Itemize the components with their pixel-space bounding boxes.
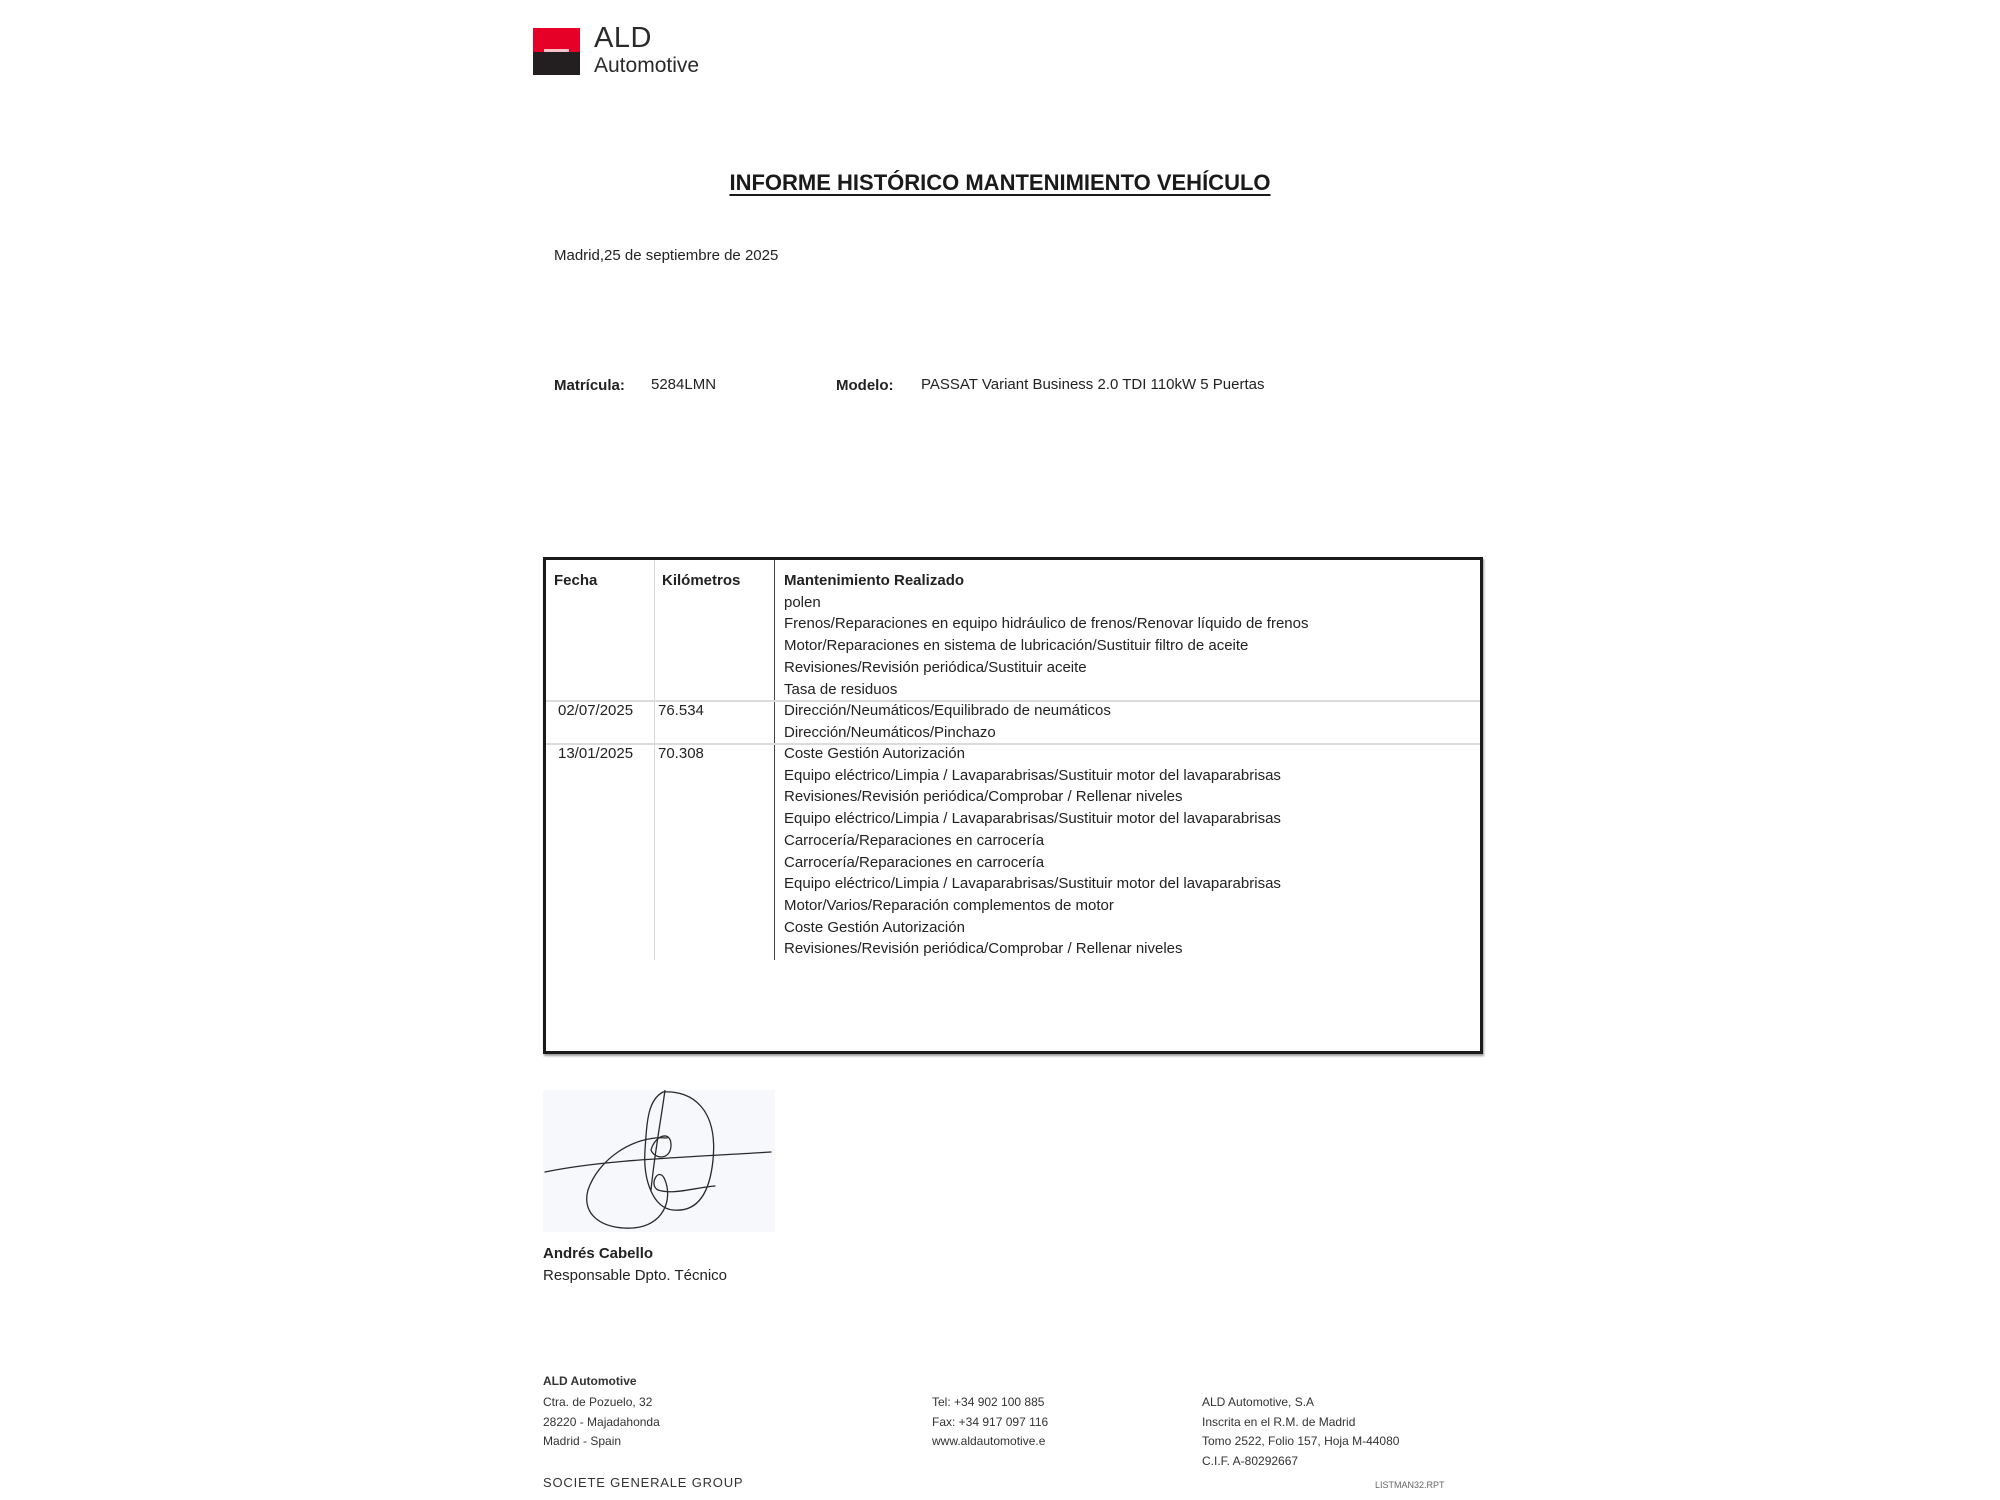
phone: Tel: +34 902 100 885 bbox=[932, 1393, 1048, 1413]
table-row: Dirección/Neumáticos/Equilibrado de neum… bbox=[784, 700, 1111, 743]
maintenance-item: polen bbox=[784, 592, 1309, 614]
table-row: polen Frenos/Reparaciones en equipo hidr… bbox=[784, 592, 1309, 701]
report-reference: LISTMAN32.RPT bbox=[1375, 1480, 1445, 1490]
signer-name: Andrés Cabello bbox=[543, 1245, 653, 1262]
signature-scribble-icon bbox=[543, 1090, 775, 1232]
maintenance-item: Revisiones/Revisión periódica/Sustituir … bbox=[784, 657, 1309, 679]
header-fecha: Fecha bbox=[554, 570, 597, 592]
document-title: INFORME HISTÓRICO MANTENIMIENTO VEHÍCULO bbox=[0, 170, 2000, 196]
footer-company: ALD Automotive bbox=[543, 1372, 637, 1392]
signer-role: Responsable Dpto. Técnico bbox=[543, 1267, 727, 1284]
row-km: 76.534 bbox=[658, 700, 704, 722]
maintenance-item: Carrocería/Reparaciones en carrocería bbox=[784, 852, 1281, 874]
maintenance-table: Fecha Kilómetros Mantenimiento Realizado… bbox=[543, 557, 1483, 1054]
footer-address: Ctra. de Pozuelo, 32 28220 - Majadahonda… bbox=[543, 1393, 660, 1452]
row-date: 02/07/2025 bbox=[558, 700, 633, 722]
row-km: 70.308 bbox=[658, 743, 704, 765]
legal-line: ALD Automotive, S.A bbox=[1202, 1393, 1399, 1413]
header-mantenimiento: Mantenimiento Realizado bbox=[784, 570, 964, 592]
model-value: PASSAT Variant Business 2.0 TDI 110kW 5 … bbox=[921, 376, 1265, 393]
maintenance-item: Coste Gestión Autorización bbox=[784, 743, 1281, 765]
header-kilometros: Kilómetros bbox=[662, 570, 740, 592]
ald-logo-text: ALD Automotive bbox=[594, 24, 699, 76]
footer-group: SOCIETE GENERALE GROUP bbox=[543, 1475, 743, 1490]
maintenance-item: Dirección/Neumáticos/Pinchazo bbox=[784, 722, 1111, 744]
maintenance-item: Revisiones/Revisión periódica/Comprobar … bbox=[784, 786, 1281, 808]
website-link[interactable]: www.aldautomotive.e bbox=[932, 1432, 1048, 1452]
maintenance-item: Equipo eléctrico/Limpia / Lavaparabrisas… bbox=[784, 765, 1281, 787]
logo-line2: Automotive bbox=[594, 55, 699, 76]
legal-line: Tomo 2522, Folio 157, Hoja M-44080 bbox=[1202, 1432, 1399, 1452]
maintenance-item: Equipo eléctrico/Limpia / Lavaparabrisas… bbox=[784, 808, 1281, 830]
plate-value: 5284LMN bbox=[651, 376, 716, 393]
ald-logo-mark-icon bbox=[533, 28, 580, 75]
maintenance-item: Coste Gestión Autorización bbox=[784, 917, 1281, 939]
maintenance-item: Equipo eléctrico/Limpia / Lavaparabrisas… bbox=[784, 873, 1281, 895]
maintenance-item: Frenos/Reparaciones en equipo hidráulico… bbox=[784, 613, 1309, 635]
address-line: Ctra. de Pozuelo, 32 bbox=[543, 1393, 660, 1413]
maintenance-item: Motor/Varios/Reparación complementos de … bbox=[784, 895, 1281, 917]
footer-legal: ALD Automotive, S.A Inscrita en el R.M. … bbox=[1202, 1393, 1399, 1471]
maintenance-item: Revisiones/Revisión periódica/Comprobar … bbox=[784, 938, 1281, 960]
place-date: Madrid,25 de septiembre de 2025 bbox=[554, 247, 778, 264]
legal-line: Inscrita en el R.M. de Madrid bbox=[1202, 1413, 1399, 1433]
footer-contact: Tel: +34 902 100 885 Fax: +34 917 097 11… bbox=[932, 1393, 1048, 1452]
maintenance-item: Tasa de residuos bbox=[784, 679, 1309, 701]
table-row: Coste Gestión Autorización Equipo eléctr… bbox=[784, 743, 1281, 960]
row-date: 13/01/2025 bbox=[558, 743, 633, 765]
address-line: Madrid - Spain bbox=[543, 1432, 660, 1452]
column-divider bbox=[654, 560, 655, 960]
address-line: 28220 - Majadahonda bbox=[543, 1413, 660, 1433]
maintenance-item: Dirección/Neumáticos/Equilibrado de neum… bbox=[784, 700, 1111, 722]
model-label: Modelo: bbox=[836, 377, 894, 394]
plate-label: Matrícula: bbox=[554, 377, 625, 394]
maintenance-item: Carrocería/Reparaciones en carrocería bbox=[784, 830, 1281, 852]
signature-image bbox=[543, 1090, 775, 1232]
fax: Fax: +34 917 097 116 bbox=[932, 1413, 1048, 1433]
legal-line: C.I.F. A-80292667 bbox=[1202, 1452, 1399, 1472]
logo-line1: ALD bbox=[594, 24, 699, 53]
maintenance-item: Motor/Reparaciones en sistema de lubrica… bbox=[784, 635, 1309, 657]
column-divider bbox=[774, 560, 775, 960]
